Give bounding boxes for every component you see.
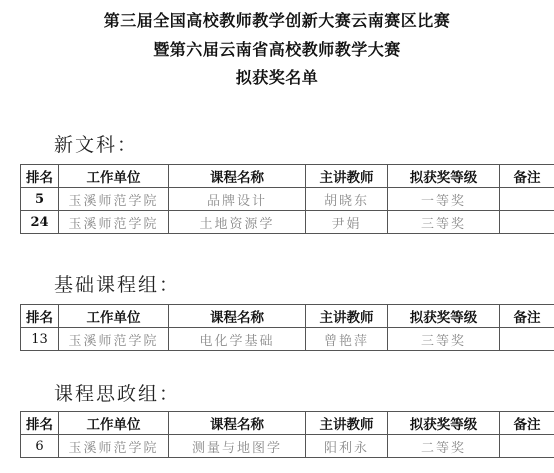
cell-award: 三等奖	[388, 211, 500, 234]
cell-note	[500, 435, 554, 458]
table-row: 24 玉溪师范学院 土地资源学 尹娟 三等奖	[21, 211, 554, 234]
cell-teacher: 胡晓东	[306, 188, 388, 211]
table-row: 5 玉溪师范学院 品牌设计 胡晓东 一等奖	[21, 188, 554, 211]
col-unit: 工作单位	[59, 165, 169, 188]
cell-rank: 13	[21, 328, 59, 351]
section-label-ideological-courses: 课程思政组：	[54, 379, 180, 406]
col-course: 课程名称	[169, 412, 306, 435]
cell-teacher: 尹娟	[306, 211, 388, 234]
col-rank: 排名	[21, 165, 59, 188]
table-header-row: 排名 工作单位 课程名称 主讲教师 拟获奖等级 备注	[21, 305, 554, 328]
col-note: 备注	[500, 165, 554, 188]
col-teacher: 主讲教师	[306, 165, 388, 188]
cell-teacher: 阳利永	[306, 435, 388, 458]
cell-note	[500, 188, 554, 211]
col-note: 备注	[500, 305, 554, 328]
section-label-foundation-courses: 基础课程组：	[54, 270, 180, 297]
col-rank: 排名	[21, 305, 59, 328]
cell-award: 三等奖	[388, 328, 500, 351]
cell-course: 电化学基础	[169, 328, 306, 351]
col-course: 课程名称	[169, 165, 306, 188]
cell-course: 土地资源学	[169, 211, 306, 234]
cell-rank: 6	[21, 435, 59, 458]
col-award: 拟获奖等级	[388, 412, 500, 435]
table-row: 6 玉溪师范学院 测量与地图学 阳利永 二等奖	[21, 435, 554, 458]
col-rank: 排名	[21, 412, 59, 435]
col-award: 拟获奖等级	[388, 305, 500, 328]
col-unit: 工作单位	[59, 412, 169, 435]
col-course: 课程名称	[169, 305, 306, 328]
cell-unit: 玉溪师范学院	[59, 211, 169, 234]
cell-course: 测量与地图学	[169, 435, 306, 458]
title-line-2: 暨第六届云南省高校教师教学大赛	[0, 37, 554, 60]
table-row: 13 玉溪师范学院 电化学基础 曾艳萍 三等奖	[21, 328, 554, 351]
cell-rank: 24	[21, 211, 59, 234]
cell-rank: 5	[21, 188, 59, 211]
cell-unit: 玉溪师范学院	[59, 188, 169, 211]
table-header-row: 排名 工作单位 课程名称 主讲教师 拟获奖等级 备注	[21, 412, 554, 435]
cell-award: 一等奖	[388, 188, 500, 211]
cell-note	[500, 211, 554, 234]
cell-unit: 玉溪师范学院	[59, 435, 169, 458]
section-label-new-liberal-arts: 新文科：	[54, 130, 138, 157]
col-teacher: 主讲教师	[306, 305, 388, 328]
col-award: 拟获奖等级	[388, 165, 500, 188]
table-foundation-courses: 排名 工作单位 课程名称 主讲教师 拟获奖等级 备注 13 玉溪师范学院 电化学…	[20, 304, 554, 351]
table-header-row: 排名 工作单位 课程名称 主讲教师 拟获奖等级 备注	[21, 165, 554, 188]
table-new-liberal-arts: 排名 工作单位 课程名称 主讲教师 拟获奖等级 备注 5 玉溪师范学院 品牌设计…	[20, 164, 554, 234]
cell-unit: 玉溪师范学院	[59, 328, 169, 351]
table-ideological-courses: 排名 工作单位 课程名称 主讲教师 拟获奖等级 备注 6 玉溪师范学院 测量与地…	[20, 411, 554, 458]
title-line-3: 拟获奖名单	[0, 65, 554, 88]
col-note: 备注	[500, 412, 554, 435]
col-unit: 工作单位	[59, 305, 169, 328]
col-teacher: 主讲教师	[306, 412, 388, 435]
cell-award: 二等奖	[388, 435, 500, 458]
cell-teacher: 曾艳萍	[306, 328, 388, 351]
cell-course: 品牌设计	[169, 188, 306, 211]
title-line-1: 第三届全国高校教师教学创新大赛云南赛区比赛	[0, 8, 554, 31]
cell-note	[500, 328, 554, 351]
